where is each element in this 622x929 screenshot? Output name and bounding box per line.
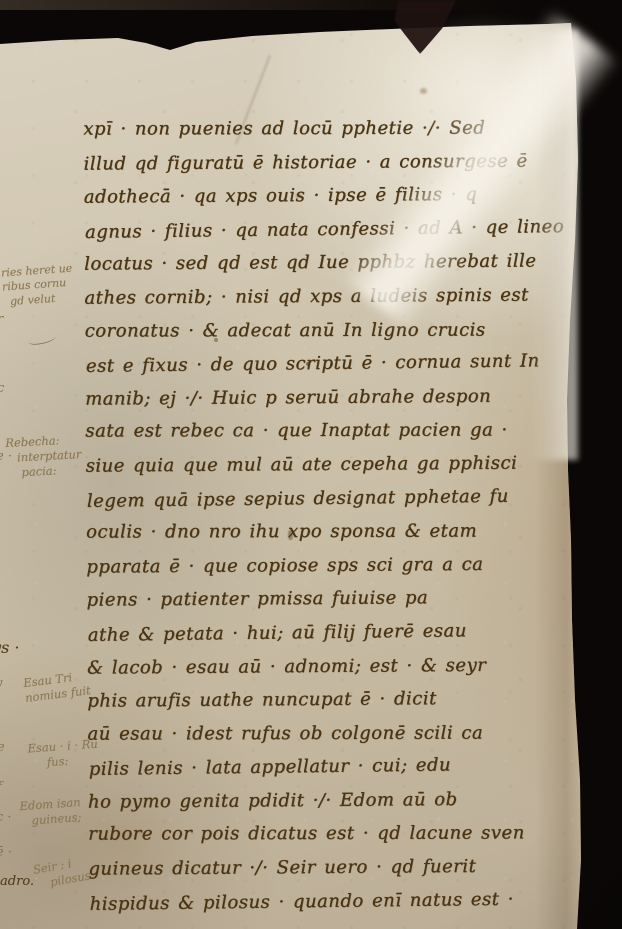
edge-fragment: c · xyxy=(0,810,12,825)
edge-fragment: f xyxy=(0,780,2,795)
sheen-right-edge xyxy=(532,30,578,460)
edge-fragment: adro. xyxy=(0,874,34,889)
edge-fragment: y xyxy=(0,676,2,691)
edge-fragment: e · xyxy=(0,449,12,464)
edge-fragment: ē · xyxy=(0,845,12,860)
edge-fragment: r xyxy=(0,312,3,327)
edge-fragment: ys · xyxy=(0,638,19,657)
manuscript-photo: xpī · non puenies ad locū pphetie ·/· Se… xyxy=(0,0,622,929)
edge-fragment: c xyxy=(0,381,4,396)
edge-fragment: e xyxy=(0,740,5,755)
